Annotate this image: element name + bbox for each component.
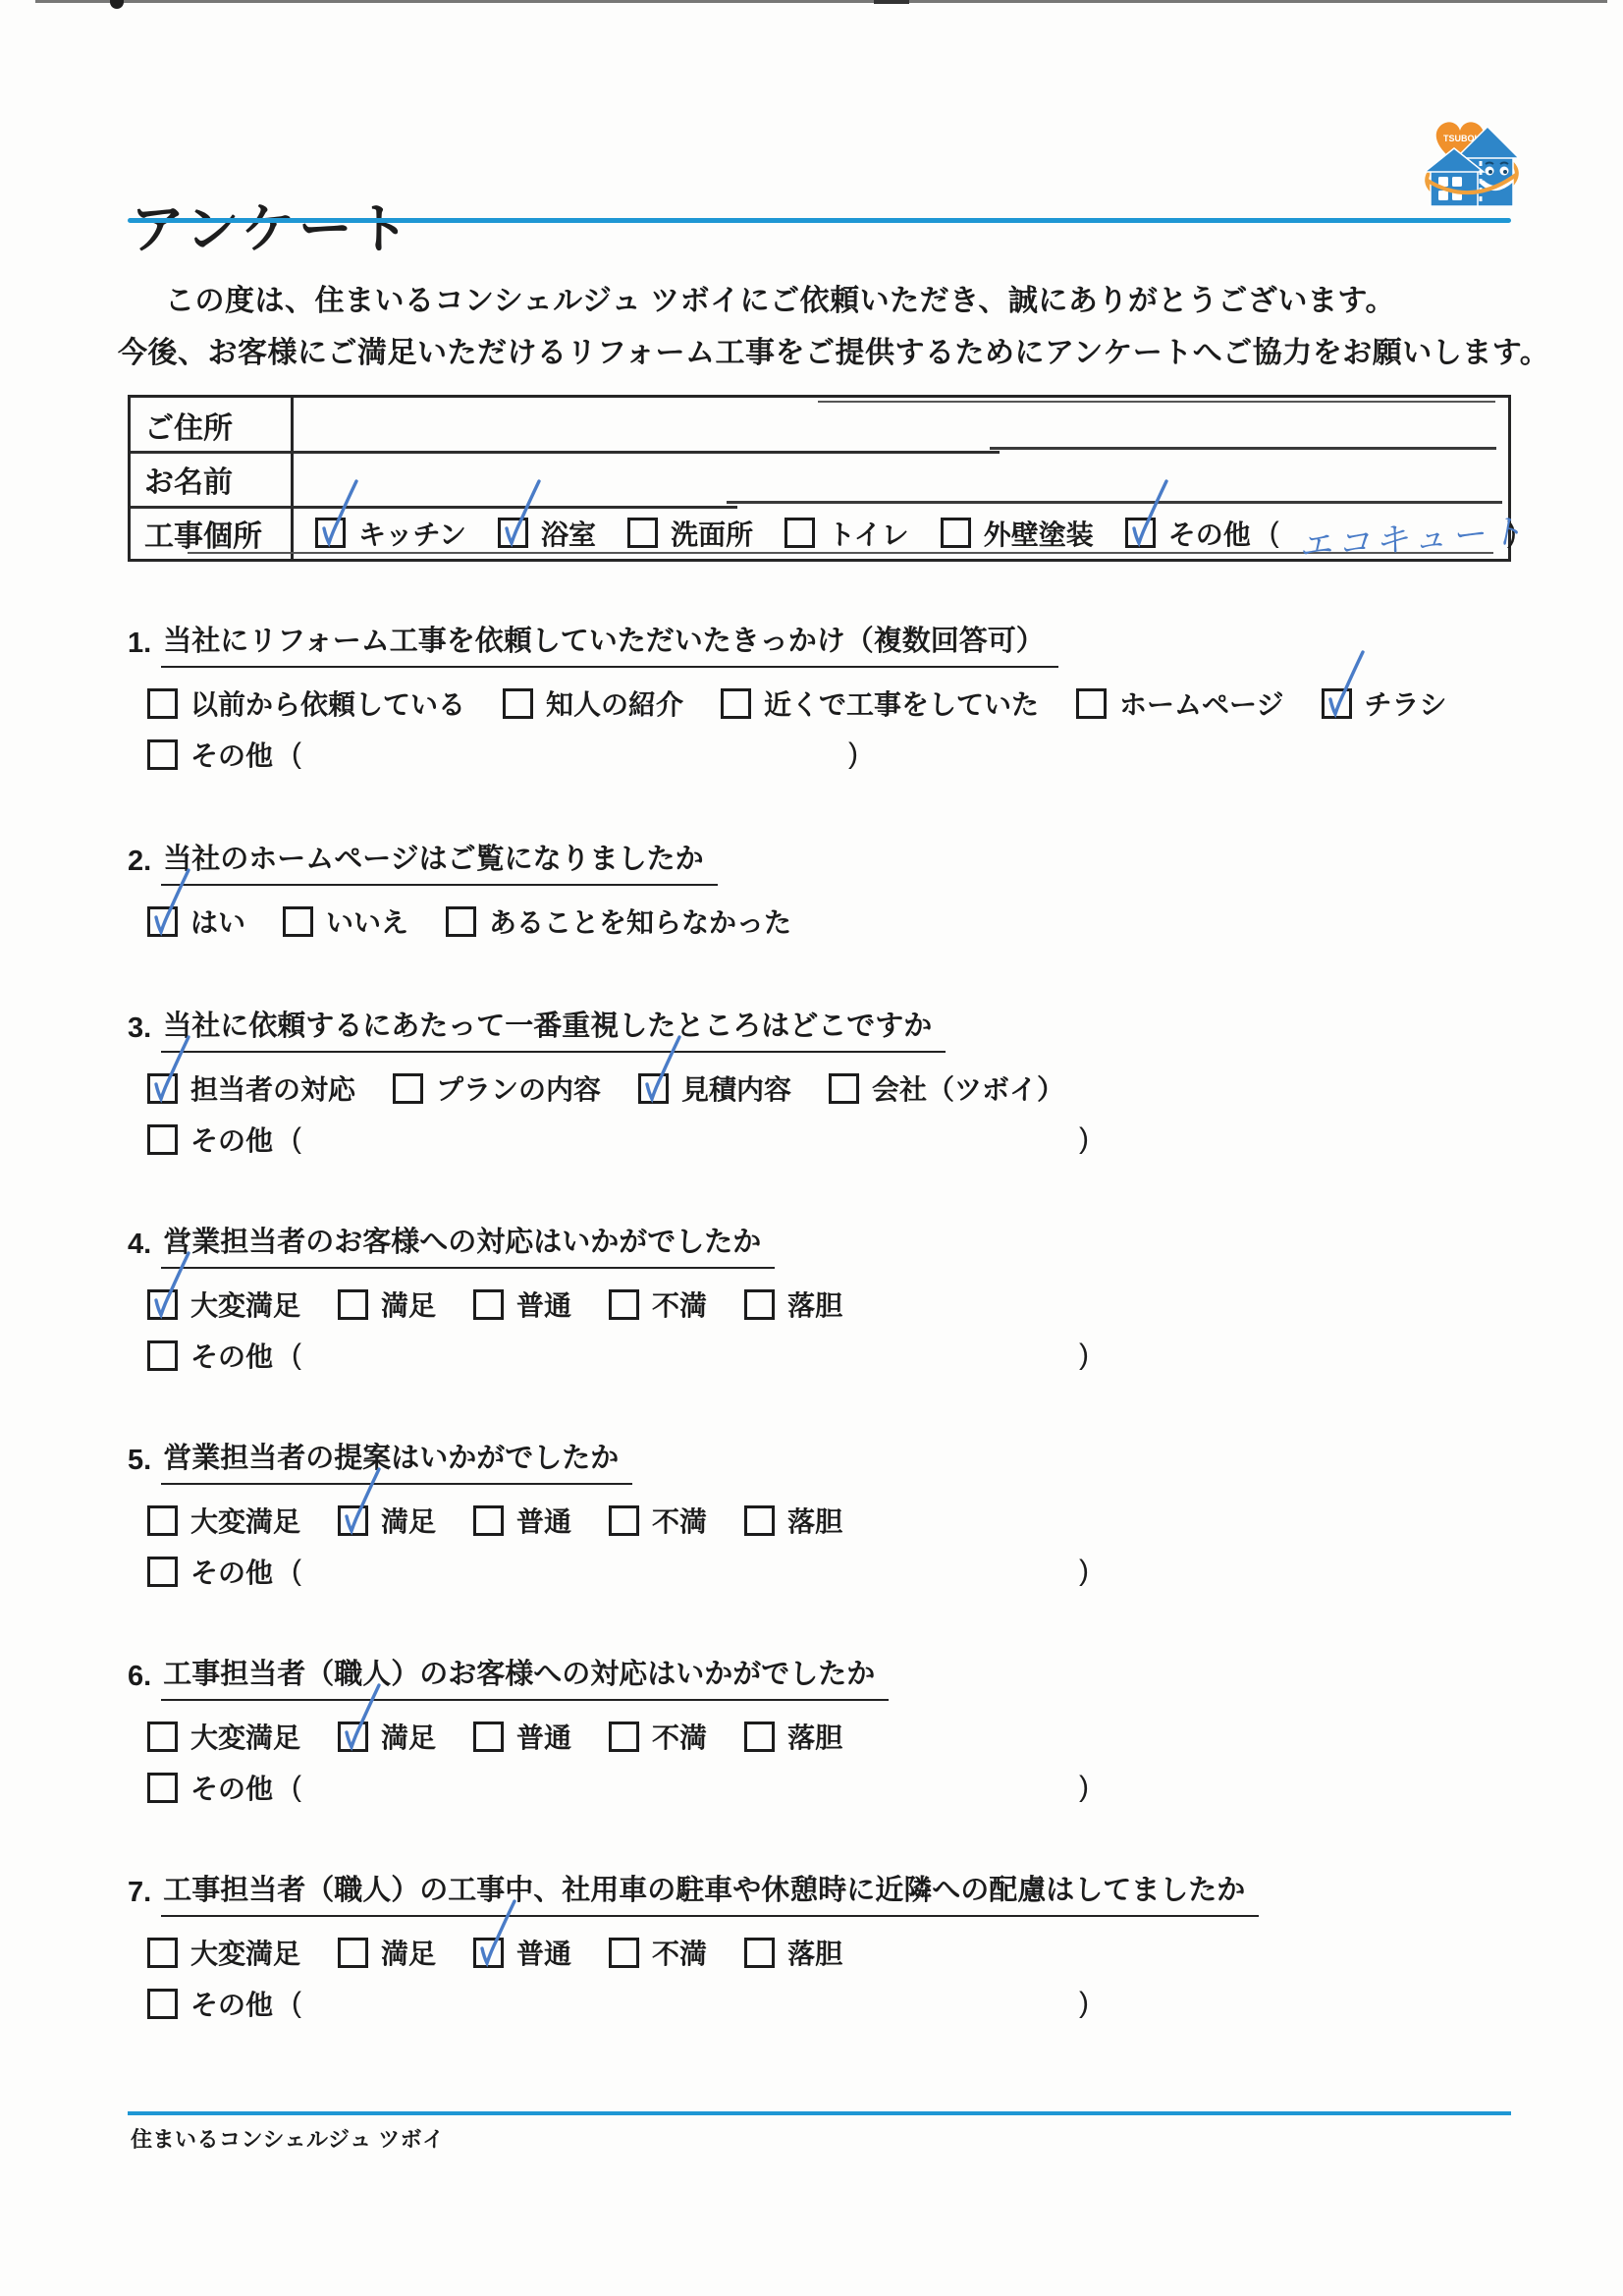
question-options-row: 大変満足 満足 普通 不満 落胆	[147, 1501, 842, 1540]
checkbox[interactable]	[473, 1289, 504, 1320]
checkbox-label: 大変満足	[190, 1717, 300, 1756]
question-other-row: その他 ()	[147, 1120, 1089, 1159]
checkbox-label: 見積内容	[681, 1068, 791, 1108]
checkbox[interactable]	[503, 688, 533, 719]
checkbox[interactable]	[473, 1722, 504, 1752]
checkbox-option[interactable]: 不満	[609, 1933, 707, 1972]
checkbox[interactable]	[1125, 518, 1156, 548]
checkbox[interactable]	[829, 1073, 859, 1104]
checkbox-label: その他	[190, 1768, 273, 1807]
scan-double-line	[818, 401, 1495, 403]
question-number: 3.	[128, 1012, 151, 1053]
checkbox-label: 以前から依頼している	[190, 683, 465, 723]
customer-info-table: ご住所 お名前 工事個所 キッチン 浴室 洗面所	[128, 395, 1511, 562]
checkbox-label: キッチン	[358, 514, 466, 553]
question-options-row: はい いいえ あることを知らなかった	[147, 902, 791, 941]
checkbox-option[interactable]: トイレ	[784, 514, 909, 553]
question-options-row: 担当者の対応 プランの内容 見積内容 会社（ツボイ）	[147, 1068, 1064, 1108]
checkbox-label: その他	[190, 735, 273, 774]
checkbox[interactable]	[147, 1773, 178, 1803]
checkbox-label: 浴室	[541, 514, 596, 553]
checkbox-option[interactable]: 不満	[609, 1501, 707, 1540]
checkbox-option[interactable]: その他 ()	[147, 1768, 1089, 1807]
checkbox[interactable]	[283, 906, 313, 937]
checkbox-option[interactable]: 落胆	[744, 1501, 842, 1540]
checkbox-label: その他	[190, 1984, 273, 2023]
checkbox[interactable]	[147, 1073, 178, 1104]
address-row-label: ご住所	[131, 398, 294, 452]
fill-in-blank[interactable]	[314, 1121, 1060, 1157]
checkbox-option[interactable]: その他 (エコキュート)	[1125, 514, 1517, 553]
checkbox-option[interactable]: 浴室	[498, 514, 596, 553]
scan-artifact-top-line	[35, 0, 1607, 3]
checkbox-label: 会社（ツボイ）	[872, 1068, 1064, 1108]
tsuboi-house-logo-icon: TSUBOI	[1421, 112, 1519, 210]
checkbox-label: 大変満足	[190, 1501, 300, 1540]
footer-company-name: 住まいるコンシェルジュ ツボイ	[131, 2123, 445, 2154]
checkbox-option[interactable]: あることを知らなかった	[446, 902, 791, 941]
checkbox-label: 落胆	[787, 1933, 842, 1972]
checkbox[interactable]	[638, 1073, 669, 1104]
page-title: アンケート	[131, 186, 412, 263]
question-block: 1. 当社にリフォーム工事を依頼していただいたきっかけ（複数回答可） 以前から依…	[128, 619, 1514, 791]
paren-open: (	[292, 738, 301, 771]
checkbox-option[interactable]: 担当者の対応	[147, 1068, 355, 1108]
paren-open: (	[1270, 517, 1279, 550]
name-row-label: お名前	[131, 452, 294, 507]
checkbox[interactable]	[609, 1289, 639, 1320]
checkbox-label: 近くで工事をしていた	[764, 683, 1039, 723]
checkbox[interactable]	[473, 1938, 504, 1968]
checkbox-option[interactable]: 近くで工事をしていた	[721, 683, 1039, 723]
checkbox[interactable]	[338, 1505, 368, 1536]
checkbox[interactable]	[147, 1557, 178, 1587]
paren-close: )	[1079, 1771, 1089, 1804]
checkbox[interactable]	[1076, 688, 1107, 719]
footer-rule	[128, 2111, 1511, 2115]
checkbox-option[interactable]: 不満	[609, 1717, 707, 1756]
scan-artifact-blob	[874, 0, 909, 4]
checkbox-option[interactable]: 大変満足	[147, 1933, 300, 1972]
paren-close: )	[1079, 1339, 1089, 1372]
question-options-row: 大変満足 満足 普通 不満 落胆	[147, 1285, 842, 1324]
scan-artifact-blob	[110, 0, 124, 9]
fill-in-blank[interactable]	[314, 1770, 1060, 1805]
checkbox-label: プランの内容	[436, 1068, 601, 1108]
address-field[interactable]	[294, 398, 1506, 451]
question-number: 1.	[128, 628, 151, 668]
redaction-line	[727, 501, 1502, 504]
checkbox[interactable]	[393, 1073, 423, 1104]
checkbox-label: 落胆	[787, 1717, 842, 1756]
question-block: 3. 当社に依頼するにあたって一番重視したところはどこですか 担当者の対応 プラ…	[128, 1004, 1514, 1175]
checkbox-option[interactable]: 大変満足	[147, 1285, 300, 1324]
checkbox-option[interactable]: 落胆	[744, 1933, 842, 1972]
checkbox-label: はい	[190, 902, 245, 941]
paren-open: (	[292, 1771, 301, 1804]
checkbox-option[interactable]: いいえ	[283, 902, 408, 941]
checkbox-option[interactable]: ホームページ	[1076, 683, 1283, 723]
checkbox[interactable]	[147, 1340, 178, 1371]
checkbox-label: 担当者の対応	[190, 1068, 355, 1108]
table-row-divider	[131, 451, 1000, 454]
checkbox-option[interactable]: 普通	[473, 1717, 571, 1756]
checkbox[interactable]	[609, 1722, 639, 1752]
checkbox-option[interactable]: 洗面所	[627, 514, 753, 553]
question-block: 4. 営業担当者のお客様への対応はいかがでしたか 大変満足 満足 普通	[128, 1220, 1514, 1392]
paren-close: )	[848, 738, 858, 771]
question-block: 6. 工事担当者（職人）のお客様への対応はいかがでしたか 大変満足 満足 普通	[128, 1652, 1514, 1824]
question-options-row: 以前から依頼している 知人の紹介 近くで工事をしていた ホームページ	[147, 683, 1447, 723]
checkbox-option[interactable]: 不満	[609, 1285, 707, 1324]
checkbox-label: いいえ	[326, 902, 408, 941]
checkbox-option[interactable]: その他 ()	[147, 1984, 1089, 2023]
fill-in-blank[interactable]	[314, 1554, 1060, 1589]
checkbox-option[interactable]: キッチン	[315, 514, 466, 553]
checkbox-option[interactable]: その他 ()	[147, 1552, 1089, 1591]
checkbox[interactable]	[721, 688, 751, 719]
checkbox[interactable]	[744, 1505, 775, 1536]
paren-close: )	[1079, 1555, 1089, 1588]
checkbox-label: 外壁塗装	[984, 514, 1094, 553]
question-title: 工事担当者（職人）の工事中、社用車の駐車や休憩時に近隣への配慮はしてましたか	[161, 1868, 1259, 1917]
checkbox-option[interactable]: その他 ()	[147, 1336, 1089, 1375]
checkbox-label: 大変満足	[190, 1285, 300, 1324]
checkbox-option[interactable]: 外壁塗装	[941, 514, 1094, 553]
checkbox-label: 不満	[652, 1285, 707, 1324]
checkbox[interactable]	[941, 518, 971, 548]
checkbox-label: 落胆	[787, 1501, 842, 1540]
checkbox[interactable]	[315, 518, 346, 548]
question-other-row: その他 ()	[147, 1336, 1089, 1375]
checkbox[interactable]	[147, 688, 178, 719]
checkbox-option[interactable]: 満足	[338, 1933, 436, 1972]
fill-in-blank[interactable]	[314, 1338, 1060, 1373]
checkbox-label: 満足	[381, 1501, 436, 1540]
checkbox[interactable]	[627, 518, 658, 548]
checkbox-label: 満足	[381, 1717, 436, 1756]
question-block: 7. 工事担当者（職人）の工事中、社用車の駐車や休憩時に近隣への配慮はしてました…	[128, 1868, 1514, 2040]
checkbox-label: 洗面所	[671, 514, 753, 553]
checkbox-label: あることを知らなかった	[489, 902, 791, 941]
checkbox[interactable]	[609, 1505, 639, 1536]
question-number: 6.	[128, 1661, 151, 1701]
question-number: 7.	[128, 1877, 151, 1917]
checkbox-label: 普通	[516, 1933, 571, 1972]
checkbox[interactable]	[338, 1289, 368, 1320]
checkbox[interactable]	[338, 1722, 368, 1752]
question-title: 当社に依頼するにあたって一番重視したところはどこですか	[161, 1004, 946, 1053]
checkbox-option[interactable]: 以前から依頼している	[147, 683, 465, 723]
checkbox-label: 知人の紹介	[546, 683, 683, 723]
question-title: 工事担当者（職人）のお客様への対応はいかがでしたか	[161, 1652, 889, 1701]
name-field[interactable]	[294, 452, 1506, 505]
checkbox[interactable]	[744, 1938, 775, 1968]
fill-in-blank[interactable]: エコキュート	[1292, 516, 1488, 551]
checkbox[interactable]	[147, 1938, 178, 1968]
checkbox-option[interactable]: その他 ()	[147, 735, 858, 774]
checkbox-label: トイレ	[828, 514, 909, 553]
question-block: 5. 営業担当者の提案はいかがでしたか 大変満足 満足 普通	[128, 1436, 1514, 1608]
checkbox-label: 普通	[516, 1717, 571, 1756]
checkbox[interactable]	[147, 1505, 178, 1536]
checkbox-option[interactable]: 普通	[473, 1501, 571, 1540]
question-title: 営業担当者の提案はいかがでしたか	[161, 1436, 632, 1485]
checkbox[interactable]	[744, 1289, 775, 1320]
question-other-row: その他 ()	[147, 1552, 1089, 1591]
checkbox[interactable]	[147, 906, 178, 937]
checkbox[interactable]	[498, 518, 528, 548]
checkbox-option[interactable]: プランの内容	[393, 1068, 601, 1108]
checkbox-option[interactable]: 大変満足	[147, 1501, 300, 1540]
paren-open: (	[292, 1987, 301, 2020]
paren-close: )	[1079, 1122, 1089, 1156]
checkbox-label: その他	[190, 1552, 273, 1591]
checkbox-option[interactable]: 落胆	[744, 1717, 842, 1756]
checkbox[interactable]	[744, 1722, 775, 1752]
checkbox-label: その他	[190, 1120, 273, 1159]
checkbox-option[interactable]: 落胆	[744, 1285, 842, 1324]
question-number: 4.	[128, 1229, 151, 1269]
redaction-line	[990, 447, 1496, 450]
checkbox-option[interactable]: 普通	[473, 1933, 571, 1972]
checkbox[interactable]	[446, 906, 476, 937]
checkbox[interactable]	[147, 1989, 178, 2019]
intro-line-1: この度は、住まいるコンシェルジュ ツボイにご依頼いただき、誠にありがとうございま…	[165, 276, 1395, 319]
checkbox-label: 大変満足	[190, 1933, 300, 1972]
paren-open: (	[292, 1122, 301, 1156]
question-options-row: 大変満足 満足 普通 不満 落胆	[147, 1717, 842, 1756]
question-block: 2. 当社のホームページはご覧になりましたか はい いいえ あることを知らなかっ…	[128, 837, 1514, 1009]
checkbox[interactable]	[147, 1722, 178, 1752]
fill-in-blank[interactable]	[314, 1986, 1060, 2021]
fill-in-blank[interactable]	[314, 737, 830, 772]
checkbox-label: 落胆	[787, 1285, 842, 1324]
checkbox-option[interactable]: 大変満足	[147, 1717, 300, 1756]
question-title: 当社のホームページはご覧になりましたか	[161, 837, 717, 886]
checkbox-label: チラシ	[1365, 683, 1447, 723]
checkbox-label: 不満	[652, 1717, 707, 1756]
checkbox[interactable]	[147, 739, 178, 770]
question-other-row: その他 ()	[147, 1768, 1089, 1807]
checkbox-label: 満足	[381, 1933, 436, 1972]
checkbox-label: 不満	[652, 1933, 707, 1972]
checkbox-option[interactable]: 満足	[338, 1285, 436, 1324]
checkbox-label: 不満	[652, 1501, 707, 1540]
checkbox-label: その他	[1168, 514, 1251, 553]
handwritten-answer: エコキュート	[1296, 503, 1529, 567]
checkbox-option[interactable]: その他 ()	[147, 1120, 1089, 1159]
checkbox[interactable]	[1322, 688, 1352, 719]
checkbox-option[interactable]: 普通	[473, 1285, 571, 1324]
checkbox-label: ホームページ	[1119, 683, 1283, 723]
checkbox-option[interactable]: 見積内容	[638, 1068, 791, 1108]
question-other-row: その他 ()	[147, 735, 858, 774]
title-underline-rule	[128, 218, 1511, 223]
checkbox[interactable]	[784, 518, 815, 548]
checkbox-option[interactable]: 満足	[338, 1501, 436, 1540]
question-other-row: その他 ()	[147, 1984, 1089, 2023]
checkbox-option[interactable]: 知人の紹介	[503, 683, 683, 723]
checkbox-option[interactable]: 満足	[338, 1717, 436, 1756]
checkbox[interactable]	[147, 1124, 178, 1155]
checkbox-label: 普通	[516, 1501, 571, 1540]
checkbox[interactable]	[147, 1289, 178, 1320]
checkbox-option[interactable]: はい	[147, 902, 245, 941]
checkbox-option[interactable]: チラシ	[1322, 683, 1447, 723]
question-number: 5.	[128, 1445, 151, 1485]
question-title: 営業担当者のお客様への対応はいかがでしたか	[161, 1220, 775, 1269]
question-number: 2.	[128, 846, 151, 886]
checkbox-label: その他	[190, 1336, 273, 1375]
paren-open: (	[292, 1339, 301, 1372]
checkbox[interactable]	[473, 1505, 504, 1536]
paren-open: (	[292, 1555, 301, 1588]
intro-line-2: 今後、お客様にご満足いただけるリフォーム工事をご提供するためにアンケートへご協力…	[118, 328, 1549, 371]
paren-close: )	[1079, 1987, 1089, 2020]
worksite-options-row: キッチン 浴室 洗面所 トイレ 外壁塗装	[315, 507, 1506, 559]
checkbox-option[interactable]: 会社（ツボイ）	[829, 1068, 1064, 1108]
checkbox[interactable]	[338, 1938, 368, 1968]
checkbox[interactable]	[609, 1938, 639, 1968]
checkbox-label: 普通	[516, 1285, 571, 1324]
question-options-row: 大変満足 満足 普通 不満 落胆	[147, 1933, 842, 1972]
checkbox-label: 満足	[381, 1285, 436, 1324]
question-title: 当社にリフォーム工事を依頼していただいたきっかけ（複数回答可）	[161, 619, 1058, 668]
